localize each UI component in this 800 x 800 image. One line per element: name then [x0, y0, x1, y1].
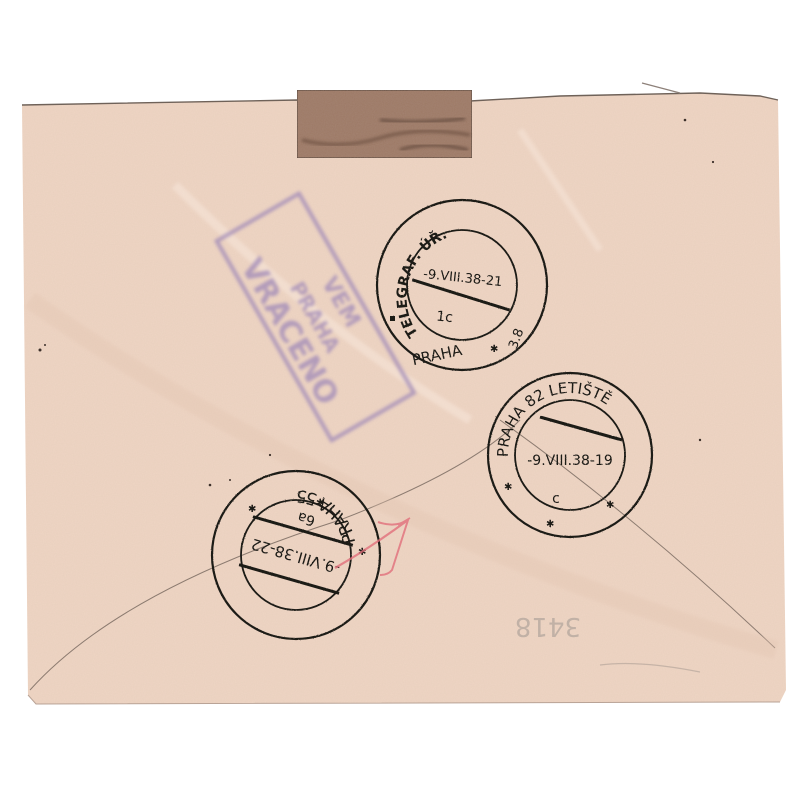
- pencil-number: 3418: [515, 611, 581, 641]
- postmark-star: ✱: [248, 504, 256, 515]
- postmark-star: ✱: [504, 482, 512, 493]
- postmark-star: ✱: [316, 498, 324, 509]
- postmark-star: ✱: [546, 519, 554, 530]
- postmark-star: ✱: [606, 500, 614, 511]
- envelope: [22, 83, 786, 704]
- postmark-code: 1c: [435, 309, 453, 327]
- envelope-photo: VEM PRAHA VRACENO TELEGRAF. ÚŘ. -9.VIII.…: [0, 0, 800, 800]
- seal-strip: [297, 90, 472, 158]
- postmark-date: -9.VIII.38-19: [527, 453, 613, 469]
- postmark-code: c: [552, 491, 560, 507]
- postmark-dot: [390, 316, 395, 321]
- postmark-star: ✱: [490, 344, 498, 355]
